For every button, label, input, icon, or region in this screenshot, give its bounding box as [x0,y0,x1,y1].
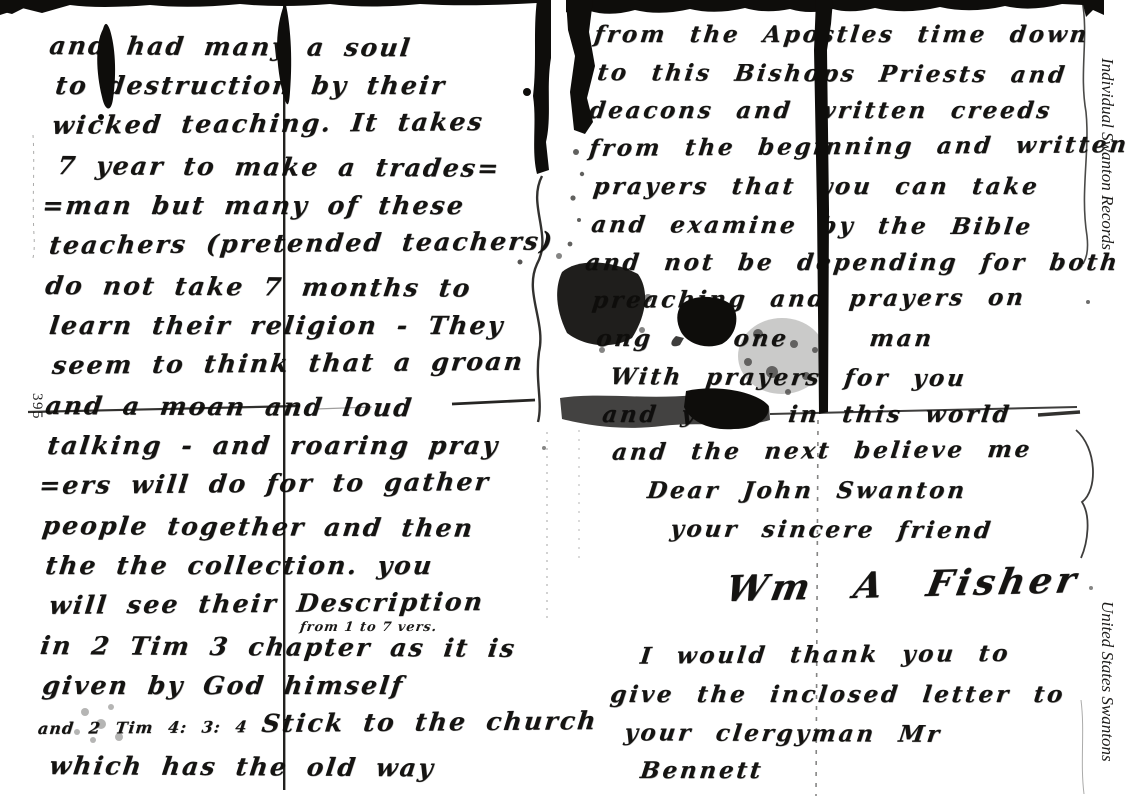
handwritten-line: people together and then [36,506,600,549]
handwritten-line: seem to think that a groan [36,341,600,386]
scanned-letter-page: and had many a soul to destruction by th… [0,0,1131,800]
left-page-text: and had many a soul to destruction by th… [36,26,595,786]
handwritten-line: prayers that you can take [578,168,1131,206]
handwritten-line-blotted: ong one man [578,320,1131,358]
handwritten-line: to destruction by their [36,66,600,106]
handwritten-line: and a moan and loud [36,386,600,429]
handwritten-line: do not take 7 months to [36,266,600,309]
postscript-line: your clergyman Mr [578,714,1131,755]
handwritten-line: and yours in this world [578,396,1131,434]
handwritten-line: and had many a soul [36,26,600,69]
postscript-line: Bennett [578,752,1131,790]
handwritten-line: and examine by the Bible [578,206,1131,247]
handwritten-line: from the beginning and written [578,126,1131,168]
handwritten-line: to this Bishops Priests and [578,54,1131,95]
margin-header-label: Individual Swanton Records [1097,58,1117,250]
postscript-line: give the inclosed letter to [578,676,1131,714]
handwritten-line: and not be depending for both [578,244,1131,282]
top-right-corner-mark [1082,0,1104,17]
handwritten-line: Stick to the church [260,706,599,738]
handwritten-line: and the next believe me [578,430,1131,472]
handwritten-line: =man but many of these [36,186,600,226]
left-margin-faint-dash [32,135,34,262]
salutation-line: Dear John Swanton [578,472,1131,510]
interlinear-verse-note: from 1 to 7 vers. [299,620,438,635]
handwritten-line: which has the old way [36,746,600,789]
handwritten-line: learn their religion - They [36,306,600,346]
page-number: 395 [28,393,45,420]
handwritten-line: With prayers for you [578,358,1131,399]
handwritten-line: given by God himself [36,666,600,706]
handwritten-line: preaching and prayers on [578,278,1131,320]
scripture-reference-note: and 2 Tim 4: 3: 4 [37,717,249,738]
margin-footer-label: United States Swantons [1097,601,1117,762]
handwritten-line: the the collection. you [36,546,600,586]
handwritten-line: =ers will do for to gather [36,461,600,506]
handwritten-line: talking - and roaring pray [36,426,600,466]
handwritten-line: 7 year to make a trades= [36,146,600,189]
handwritten-line: deacons and written creeds [578,92,1131,130]
postscript-line: I would thank you to [578,634,1131,676]
top-left-corner-mark [0,0,44,14]
handwritten-line-with-reference: and 2 Tim 4: 3: 4Stick to the church [36,701,600,746]
handwritten-line: wicked teaching. It takes [36,101,600,146]
handwritten-line: teachers (pretended teachers) [36,221,600,266]
top-edge-left-strip [0,0,537,15]
handwritten-line: from the Apostles time down [578,16,1131,54]
signature-line: Wm A Fisher [578,548,1131,624]
closing-line: your sincere friend [578,510,1131,551]
right-page-text: from the Apostles time down to this Bish… [578,16,1126,790]
